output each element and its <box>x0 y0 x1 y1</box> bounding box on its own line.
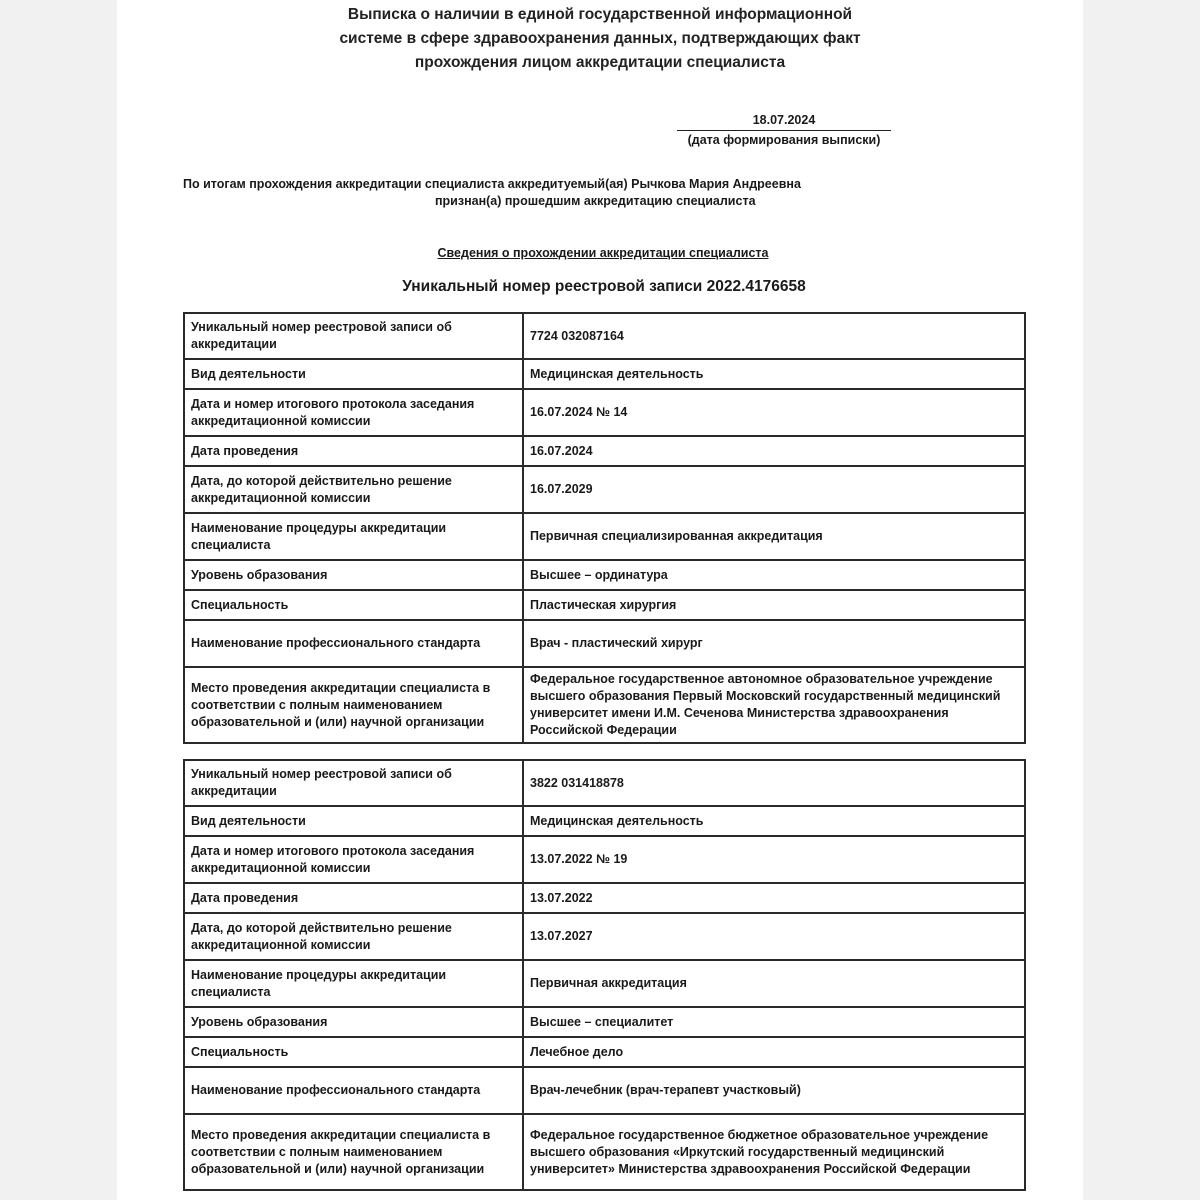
accreditation-record-table: Уникальный номер реестровой записи об ак… <box>183 759 1026 1191</box>
table-row: Место проведения аккредитации специалист… <box>184 1114 1025 1190</box>
field-value: Врач - пластический хирург <box>523 620 1025 667</box>
table-row: Уровень образованияВысшее – ординатура <box>184 560 1025 590</box>
result-line-2: признан(а) прошедшим аккредитацию специа… <box>183 193 883 210</box>
table-row: Наименование процедуры аккредитации спец… <box>184 513 1025 560</box>
field-label: Наименование профессионального стандарта <box>184 1067 523 1114</box>
field-label: Дата проведения <box>184 883 523 913</box>
field-label: Уникальный номер реестровой записи об ак… <box>184 313 523 359</box>
table-row: Дата, до которой действительно решение а… <box>184 466 1025 513</box>
field-value: Пластическая хирургия <box>523 590 1025 620</box>
field-value: Первичная специализированная аккредитаци… <box>523 513 1025 560</box>
field-label: Место проведения аккредитации специалист… <box>184 667 523 743</box>
table-row: Дата проведения16.07.2024 <box>184 436 1025 466</box>
field-label: Дата и номер итогового протокола заседан… <box>184 389 523 436</box>
field-label: Вид деятельности <box>184 359 523 389</box>
extract-date-caption: (дата формирования выписки) <box>677 131 891 149</box>
field-label: Место проведения аккредитации специалист… <box>184 1114 523 1190</box>
accreditation-record-table: Уникальный номер реестровой записи об ак… <box>183 312 1026 744</box>
title-line: прохождения лицом аккредитации специалис… <box>117 51 1083 75</box>
extract-date-block: 18.07.2024 (дата формирования выписки) <box>677 112 891 149</box>
field-value: Федеральное государственное бюджетное об… <box>523 1114 1025 1190</box>
field-value: Федеральное государственное автономное о… <box>523 667 1025 743</box>
table-row: Наименование профессионального стандарта… <box>184 1067 1025 1114</box>
field-value: 16.07.2024 № 14 <box>523 389 1025 436</box>
table-row: Уникальный номер реестровой записи об ак… <box>184 760 1025 806</box>
accreditation-result-text: По итогам прохождения аккредитации специ… <box>183 176 883 210</box>
table-row: СпециальностьЛечебное дело <box>184 1037 1025 1067</box>
field-value: 16.07.2024 <box>523 436 1025 466</box>
document-page: Выписка о наличии в единой государственн… <box>117 0 1083 1200</box>
field-label: Дата, до которой действительно решение а… <box>184 466 523 513</box>
table-row: СпециальностьПластическая хирургия <box>184 590 1025 620</box>
table-row: Вид деятельностиМедицинская деятельность <box>184 359 1025 389</box>
field-label: Уникальный номер реестровой записи об ак… <box>184 760 523 806</box>
table-row: Дата и номер итогового протокола заседан… <box>184 389 1025 436</box>
field-label: Наименование процедуры аккредитации спец… <box>184 513 523 560</box>
field-label: Дата проведения <box>184 436 523 466</box>
field-label: Вид деятельности <box>184 806 523 836</box>
field-label: Специальность <box>184 1037 523 1067</box>
field-value: 13.07.2027 <box>523 913 1025 960</box>
field-value: Лечебное дело <box>523 1037 1025 1067</box>
field-value: Медицинская деятельность <box>523 359 1025 389</box>
field-value: 7724 032087164 <box>523 313 1025 359</box>
registry-number-heading: Уникальный номер реестровой записи 2022.… <box>117 278 1091 296</box>
field-value: 13.07.2022 № 19 <box>523 836 1025 883</box>
field-value: Высшее – специалитет <box>523 1007 1025 1037</box>
extract-date: 18.07.2024 <box>677 112 891 131</box>
field-value: 3822 031418878 <box>523 760 1025 806</box>
field-value: Врач-лечебник (врач-терапевт участковый) <box>523 1067 1025 1114</box>
field-label: Специальность <box>184 590 523 620</box>
table-row: Наименование профессионального стандарта… <box>184 620 1025 667</box>
field-value: Медицинская деятельность <box>523 806 1025 836</box>
table-row: Место проведения аккредитации специалист… <box>184 667 1025 743</box>
field-value: Высшее – ординатура <box>523 560 1025 590</box>
field-label: Уровень образования <box>184 1007 523 1037</box>
result-line-1: По итогам прохождения аккредитации специ… <box>183 177 801 191</box>
title-line: Выписка о наличии в единой государственн… <box>117 3 1083 27</box>
table-row: Наименование процедуры аккредитации спец… <box>184 960 1025 1007</box>
field-label: Дата и номер итогового протокола заседан… <box>184 836 523 883</box>
table-row: Уровень образованияВысшее – специалитет <box>184 1007 1025 1037</box>
field-value: Первичная аккредитация <box>523 960 1025 1007</box>
table-row: Вид деятельностиМедицинская деятельность <box>184 806 1025 836</box>
table-row: Дата, до которой действительно решение а… <box>184 913 1025 960</box>
table-row: Уникальный номер реестровой записи об ак… <box>184 313 1025 359</box>
title-line: системе в сфере здравоохранения данных, … <box>117 27 1083 51</box>
field-label: Уровень образования <box>184 560 523 590</box>
field-value: 16.07.2029 <box>523 466 1025 513</box>
table-row: Дата проведения13.07.2022 <box>184 883 1025 913</box>
section-heading: Сведения о прохождении аккредитации спец… <box>117 246 1089 260</box>
field-label: Наименование профессионального стандарта <box>184 620 523 667</box>
field-value: 13.07.2022 <box>523 883 1025 913</box>
document-title: Выписка о наличии в единой государственн… <box>117 3 1083 75</box>
table-row: Дата и номер итогового протокола заседан… <box>184 836 1025 883</box>
field-label: Наименование процедуры аккредитации спец… <box>184 960 523 1007</box>
field-label: Дата, до которой действительно решение а… <box>184 913 523 960</box>
